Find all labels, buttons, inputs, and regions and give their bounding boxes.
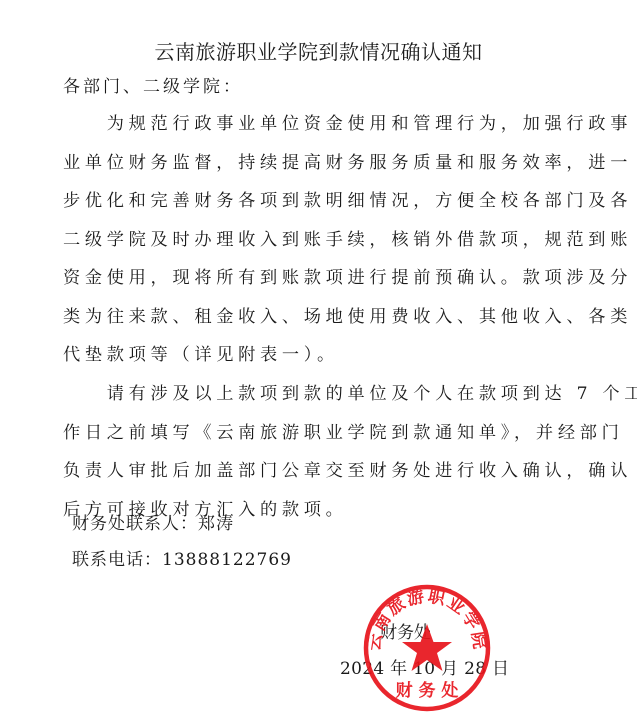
contact-phone: 联系电话：13888122769 bbox=[72, 545, 292, 570]
text-line: 代垫款项等（详见附表一）。 bbox=[63, 340, 339, 365]
star-icon bbox=[402, 624, 452, 671]
text-line: 作日之前填写《云南旅游职业学院到款通知单》，并经部门 bbox=[63, 418, 623, 443]
document-title: 云南旅游职业学院到款情况确认通知 bbox=[0, 36, 637, 65]
text-line: 步优化和完善财务各项到款明细情况，方便全校各部门及各 bbox=[63, 186, 632, 211]
text-line: 类为往来款、租金收入、场地使用费收入、其他收入、各类 bbox=[63, 302, 632, 327]
salutation: 各部门、二级学院： bbox=[63, 72, 243, 97]
text-line: 请有涉及以上款项到款的单位及个人在款项到达 7 个工 bbox=[63, 379, 637, 404]
text-line: 资金使用，现将所有到账款项进行提前预确认。款项涉及分 bbox=[63, 263, 632, 288]
official-seal-stamp: 云南旅游职业学院 财 务 处 bbox=[362, 584, 492, 712]
stamp-bottom-text: 财 务 处 bbox=[396, 680, 459, 701]
text-line: 二级学院及时办理收入到账手续，核销外借款项，规范到账 bbox=[63, 225, 632, 250]
text-line: 负责人审批后加盖部门公章交至财务处进行收入确认，确认 bbox=[63, 456, 632, 481]
contact-person: 财务处联系人：郑涛 bbox=[72, 509, 234, 534]
text-line: 业单位财务监督，持续提高财务服务质量和服务效率，进一 bbox=[63, 148, 632, 173]
text-line: 为规范行政事业单位资金使用和管理行为，加强行政事 bbox=[63, 109, 632, 134]
